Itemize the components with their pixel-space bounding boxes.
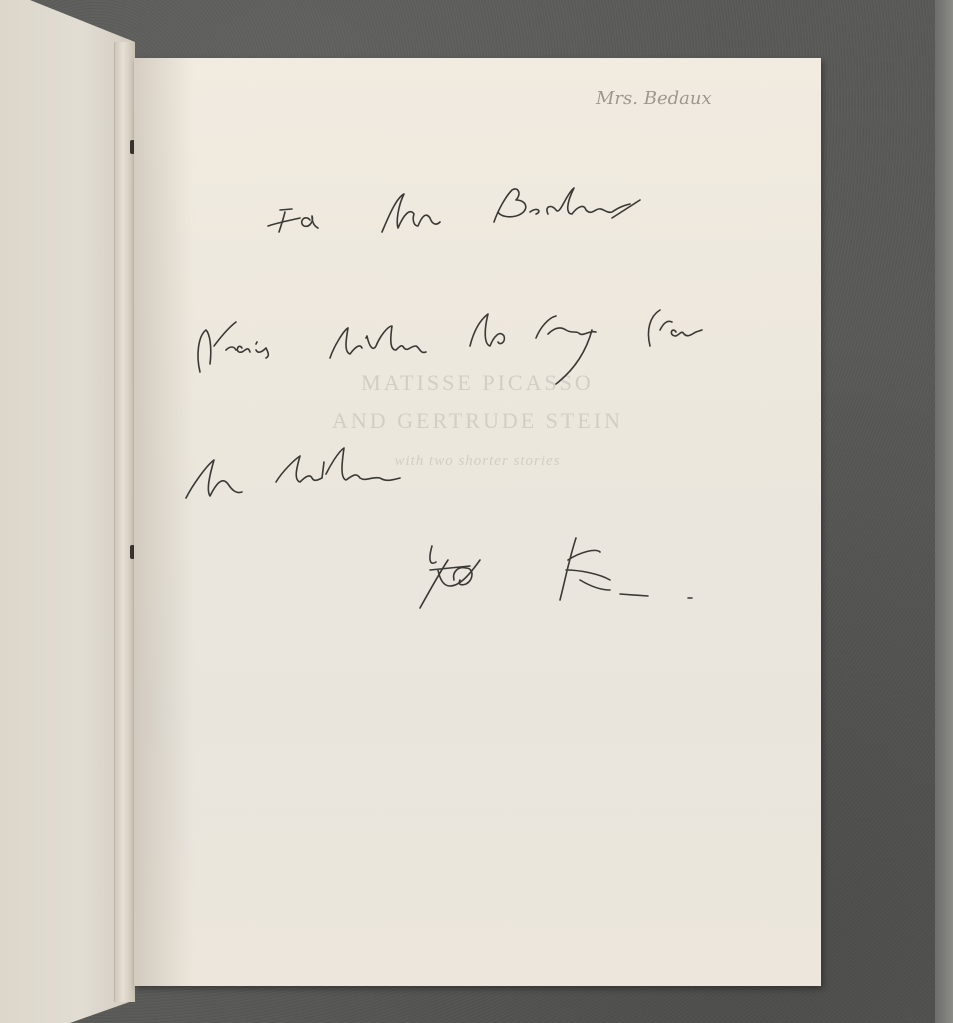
handwritten-inscription (0, 0, 953, 1023)
